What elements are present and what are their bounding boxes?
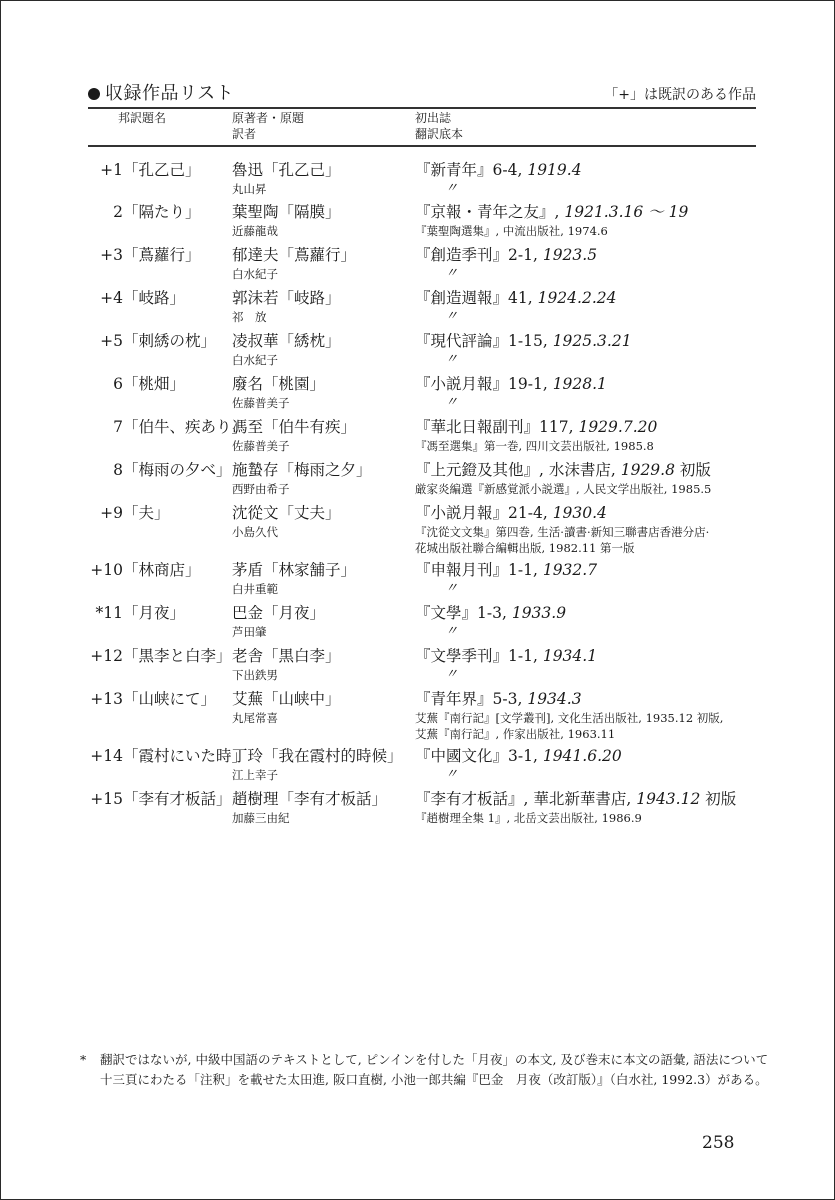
translator: 白水紀子 xyxy=(232,352,278,368)
title-text: 「孔乙己」 xyxy=(123,161,201,179)
translator: 白井重範 xyxy=(232,581,278,597)
translator: 佐藤普美子 xyxy=(232,438,290,454)
pub-source: 『新青年』6-4, xyxy=(415,161,527,179)
original-author-title: 艾蕪「山峡中」 xyxy=(232,689,341,709)
original-author-title: 丁玲「我在霞村的時候」 xyxy=(232,746,403,766)
col-head-base: 翻訳底本 xyxy=(415,127,463,142)
translation-source: 〃 xyxy=(445,309,805,325)
translation-source: 艾蕪『南行記』[文学叢刊], 文化生活出版社, 1935.12 初版, 艾蕪『南… xyxy=(415,710,775,742)
section-title: 収録作品リスト xyxy=(88,82,234,106)
original-author-title: 廢名「桃園」 xyxy=(232,374,325,394)
footnote-text: 翻訳ではないが, 中級中国語のテキストとして, ピンインを付した「月夜」の本文,… xyxy=(100,1050,770,1090)
header-rule-top xyxy=(88,107,756,109)
japanese-title: +9「夫」 xyxy=(88,503,170,523)
japanese-title: +3「蔦蘿行」 xyxy=(88,245,201,265)
pub-suffix: 初版 xyxy=(675,461,711,479)
translation-source: 『葉聖陶選集』, 中流出版社, 1974.6 xyxy=(415,223,775,239)
original-author-title: 葉聖陶「隔膜」 xyxy=(232,202,341,222)
pub-source: 『李有才板話』, 華北新華書店, xyxy=(415,790,636,808)
pub-source: 『申報月刊』1-1, xyxy=(415,561,543,579)
pub-source: 『創造週報』41, xyxy=(415,289,538,307)
col-head-pub: 初出誌 xyxy=(415,111,451,126)
pub-date: 1924.2.24 xyxy=(538,289,617,307)
entry-number: +10 xyxy=(88,560,123,580)
first-publication: 『青年界』5-3, 1934.3 xyxy=(415,689,582,709)
col-head-title: 邦訳題名 xyxy=(118,111,166,126)
pub-source: 『青年界』5-3, xyxy=(415,690,527,708)
translation-source: 〃 xyxy=(445,581,805,597)
entry-number: 6 xyxy=(88,374,123,394)
first-publication: 『李有才板話』, 華北新華書店, 1943.12 初版 xyxy=(415,789,736,809)
original-author-title: 巴金「月夜」 xyxy=(232,603,325,623)
pub-source: 『京報・青年之友』, xyxy=(415,203,564,221)
bullet-icon xyxy=(88,88,100,100)
title-text: 「桃畑」 xyxy=(123,375,185,393)
translator: 近藤龍哉 xyxy=(232,223,278,239)
original-author-title: 魯迅「孔乙己」 xyxy=(232,160,341,180)
page-frame xyxy=(0,0,835,1200)
translator: 下出鉄男 xyxy=(232,667,278,683)
japanese-title: 7「伯牛、疾あり」 xyxy=(88,417,247,437)
first-publication: 『小説月報』21-4, 1930.4 xyxy=(415,503,607,523)
translation-source: 〃 xyxy=(445,181,805,197)
first-publication: 『華北日報副刊』117, 1929.7.20 xyxy=(415,417,657,437)
title-text: 「霞村にいた時」 xyxy=(123,747,247,765)
pub-date: 1923.5 xyxy=(543,246,597,264)
pub-date: 1928.1 xyxy=(553,375,607,393)
japanese-title: 6「桃畑」 xyxy=(88,374,185,394)
entry-number: +15 xyxy=(88,789,123,809)
entry-number: +14 xyxy=(88,746,123,766)
translator: 白水紀子 xyxy=(232,266,278,282)
pub-date: 1933.9 xyxy=(512,604,566,622)
entry-number: +3 xyxy=(88,245,123,265)
first-publication: 『文學』1-3, 1933.9 xyxy=(415,603,566,623)
first-publication: 『上元鐙及其他』, 水沫書店, 1929.8 初版 xyxy=(415,460,711,480)
entry-number: +1 xyxy=(88,160,123,180)
translator: 西野由希子 xyxy=(232,481,290,497)
japanese-title: +15「李有才板話」 xyxy=(88,789,232,809)
entry-number: 2 xyxy=(88,202,123,222)
entry-number: +12 xyxy=(88,646,123,666)
title-text: 「山峡にて」 xyxy=(123,690,216,708)
pub-source: 『華北日報副刊』117, xyxy=(415,418,578,436)
pub-source: 『小説月報』19-1, xyxy=(415,375,553,393)
col-head-author: 原著者・原題 xyxy=(232,111,304,126)
pub-source: 『中國文化』3-1, xyxy=(415,747,543,765)
pub-date: 1925.3.21 xyxy=(553,332,632,350)
original-author-title: 趙樹理「李有才板話」 xyxy=(232,789,387,809)
entry-number: +5 xyxy=(88,331,123,351)
original-author-title: 郁達夫「蔦蘿行」 xyxy=(232,245,356,265)
pub-suffix: 初版 xyxy=(700,790,736,808)
translator: 丸尾常喜 xyxy=(232,710,278,726)
translation-source: 〃 xyxy=(445,395,805,411)
footnote: * 翻訳ではないが, 中級中国語のテキストとして, ピンインを付した「月夜」の本… xyxy=(80,1050,770,1090)
title-text: 「黒李と白李」 xyxy=(123,647,232,665)
translator: 小島久代 xyxy=(232,524,278,540)
footnote-mark: * xyxy=(80,1050,86,1070)
pub-date: 1921.3.16 ～ 19 xyxy=(564,203,688,221)
japanese-title: +5「刺綉の枕」 xyxy=(88,331,216,351)
entry-number: *11 xyxy=(88,603,123,623)
entry-number: 7 xyxy=(88,417,123,437)
original-author-title: 凌叔華「綉枕」 xyxy=(232,331,341,351)
translator: 芦田肇 xyxy=(232,624,267,640)
japanese-title: +10「林商店」 xyxy=(88,560,201,580)
original-author-title: 茅盾「林家舗子」 xyxy=(232,560,356,580)
pub-date: 1930.4 xyxy=(553,504,607,522)
translation-source: 『趙樹理全集 1』, 北岳文芸出版社, 1986.9 xyxy=(415,810,775,826)
translator: 祁 放 xyxy=(232,309,267,325)
original-author-title: 施蟄存「梅雨之夕」 xyxy=(232,460,372,480)
translation-source: 〃 xyxy=(445,352,805,368)
pub-date: 1929.8 xyxy=(621,461,675,479)
translator: 丸山昇 xyxy=(232,181,267,197)
original-author-title: 馮至「伯牛有疾」 xyxy=(232,417,356,437)
japanese-title: *11「月夜」 xyxy=(88,603,185,623)
title-text: 「隔たり」 xyxy=(123,203,201,221)
translation-source: 〃 xyxy=(445,767,805,783)
section-header: 収録作品リスト 「+」は既訳のある作品 xyxy=(88,82,756,106)
pub-source: 『小説月報』21-4, xyxy=(415,504,553,522)
pub-source: 『上元鐙及其他』, 水沫書店, xyxy=(415,461,621,479)
original-author-title: 郭沫若「岐路」 xyxy=(232,288,341,308)
translator: 佐藤普美子 xyxy=(232,395,290,411)
first-publication: 『新青年』6-4, 1919.4 xyxy=(415,160,582,180)
title-text: 「岐路」 xyxy=(123,289,185,307)
entry-number: +4 xyxy=(88,288,123,308)
first-publication: 『創造週報』41, 1924.2.24 xyxy=(415,288,616,308)
japanese-title: +14「霞村にいた時」 xyxy=(88,746,247,766)
translation-source: 〃 xyxy=(445,624,805,640)
title-text: 「夫」 xyxy=(123,504,170,522)
first-publication: 『京報・青年之友』, 1921.3.16 ～ 19 xyxy=(415,202,688,222)
title-text: 「月夜」 xyxy=(123,604,185,622)
pub-date: 1919.4 xyxy=(527,161,581,179)
japanese-title: +4「岐路」 xyxy=(88,288,185,308)
first-publication: 『文學季刊』1-1, 1934.1 xyxy=(415,646,597,666)
translation-source: 〃 xyxy=(445,667,805,683)
japanese-title: 2「隔たり」 xyxy=(88,202,201,222)
title-text: 「林商店」 xyxy=(123,561,201,579)
entry-number: 8 xyxy=(88,460,123,480)
original-author-title: 老舎「黒白李」 xyxy=(232,646,341,666)
translation-source: 『沈從文文集』第四巻, 生活·讀書·新知三聯書店香港分店· 花城出版社聯合編輯出… xyxy=(415,524,775,556)
title-text: 「李有才板話」 xyxy=(123,790,232,808)
header-rule-bottom xyxy=(88,145,756,147)
entry-number: +9 xyxy=(88,503,123,523)
translator: 加藤三由紀 xyxy=(232,810,290,826)
first-publication: 『小説月報』19-1, 1928.1 xyxy=(415,374,607,394)
title-text: 「蔦蘿行」 xyxy=(123,246,201,264)
first-publication: 『創造季刊』2-1, 1923.5 xyxy=(415,245,597,265)
col-head-translator: 訳者 xyxy=(232,127,256,142)
pub-date: 1932.7 xyxy=(543,561,597,579)
entry-number: +13 xyxy=(88,689,123,709)
japanese-title: +12「黒李と白李」 xyxy=(88,646,232,666)
pub-source: 『文學季刊』1-1, xyxy=(415,647,543,665)
pub-date: 1934.1 xyxy=(543,647,597,665)
pub-date: 1934.3 xyxy=(527,690,581,708)
translation-source: 厳家炎編選『新感覚派小説選』, 人民文学出版社, 1985.5 xyxy=(415,481,775,497)
title-text: 「刺綉の枕」 xyxy=(123,332,216,350)
translation-source: 〃 xyxy=(445,266,805,282)
pub-source: 『文學』1-3, xyxy=(415,604,512,622)
title-text: 「伯牛、疾あり」 xyxy=(123,418,247,436)
japanese-title: +13「山峡にて」 xyxy=(88,689,216,709)
pub-source: 『現代評論』1-15, xyxy=(415,332,553,350)
pub-date: 1943.12 xyxy=(636,790,700,808)
translation-source: 『馮至選集』第一巻, 四川文芸出版社, 1985.8 xyxy=(415,438,775,454)
title-text: 「梅雨の夕べ」 xyxy=(123,461,232,479)
page-number: 258 xyxy=(702,1132,734,1154)
first-publication: 『現代評論』1-15, 1925.3.21 xyxy=(415,331,632,351)
legend-note: 「+」は既訳のある作品 xyxy=(604,84,756,106)
first-publication: 『中國文化』3-1, 1941.6.20 xyxy=(415,746,622,766)
pub-date: 1941.6.20 xyxy=(543,747,622,765)
japanese-title: +1「孔乙己」 xyxy=(88,160,201,180)
pub-source: 『創造季刊』2-1, xyxy=(415,246,543,264)
japanese-title: 8「梅雨の夕べ」 xyxy=(88,460,232,480)
translator: 江上幸子 xyxy=(232,767,278,783)
section-title-text: 収録作品リスト xyxy=(105,83,234,104)
first-publication: 『申報月刊』1-1, 1932.7 xyxy=(415,560,597,580)
original-author-title: 沈從文「丈夫」 xyxy=(232,503,341,523)
pub-date: 1929.7.20 xyxy=(578,418,657,436)
